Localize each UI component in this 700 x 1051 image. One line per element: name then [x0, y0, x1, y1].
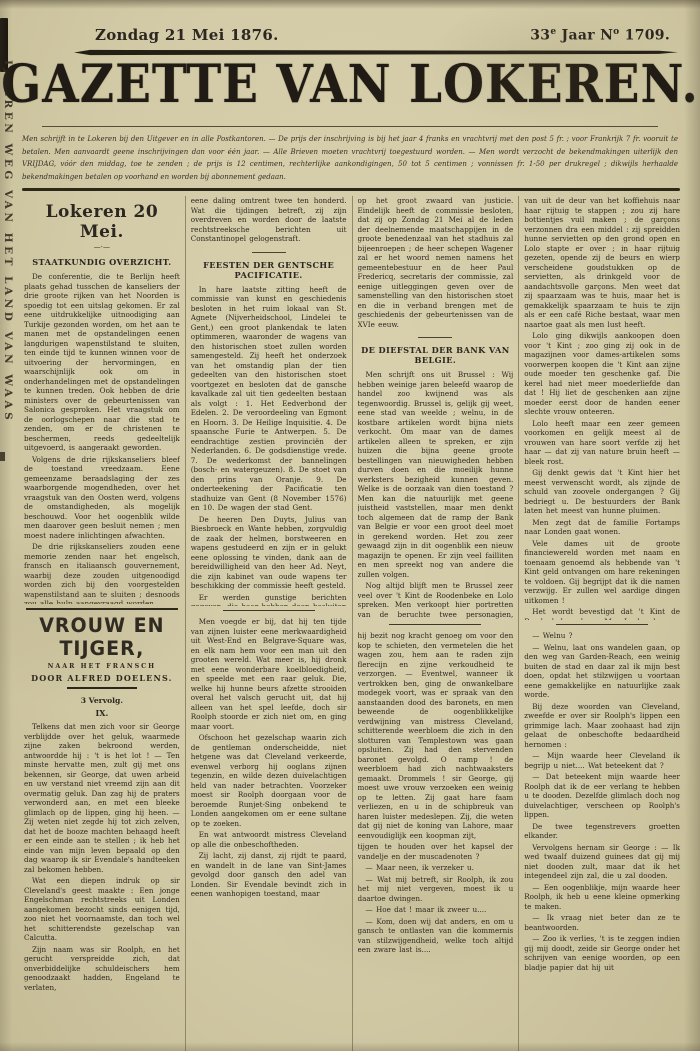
body-paragraph: van uit de deur van het koffiehuis naar …: [524, 196, 680, 329]
feuilleton-separator: [223, 610, 315, 611]
section-separator: [252, 252, 286, 253]
body-paragraph: Volgens de drie rijkskanseliers bleef de…: [24, 455, 180, 541]
issue-year: 33: [530, 28, 550, 44]
feuilleton-paragraph: — Ik vraag niet beter dan ze te beantwoo…: [524, 913, 680, 932]
feuilleton-paragraph: En wat antwoordt mistress Cleveland op a…: [191, 830, 347, 849]
body-paragraph: eene daling omtrent twee ten honderd. Wa…: [191, 196, 347, 244]
section-separator: [418, 337, 452, 338]
body-paragraph: Gij denkt gewis dat 't Kint hier het mee…: [524, 468, 680, 516]
body-paragraph: De drie rijkskanseliers zouden eene memo…: [24, 542, 180, 604]
feuilleton-paragraph: — Hoe dat ! maar ik zweer u....: [358, 905, 514, 915]
issue-end: 1709.: [619, 28, 670, 44]
feuilleton-paragraph: tijgen te houden over het kapsel der van…: [358, 842, 514, 861]
column-1: Lokeren 20 Mei. —·— STAATKUNDIG OVERZICH…: [24, 196, 185, 1051]
section-heading-gentsche-pacificatie: FEESTEN DER GENTSCHE PACIFICATIE.: [193, 260, 345, 280]
subscription-notice: Men schrijft in te Lokeren bij den Uitge…: [22, 133, 678, 183]
body-paragraph: Men zegt dat de familie Fortamps naar Lo…: [524, 518, 680, 537]
feuilleton-paragraph: Zijn naam was sir Roolph, en het gerucht…: [24, 945, 180, 993]
feuilleton-paragraph: — Dat beteekent mijn waarde heer Roolph …: [524, 772, 680, 820]
body-paragraph: Lolo ging dikwijls aankoopen doen voor '…: [524, 331, 680, 417]
feuilleton-paragraph: Telkens dat men zich voor sir George ver…: [24, 722, 180, 874]
feuilleton-paragraph: Ofschoon het gezelschap waarin zich de g…: [191, 733, 347, 828]
feuilleton-paragraph: De twee tegenstrevers groetten elkander.: [524, 822, 680, 841]
feuilleton-continuation: 3 Vervolg.: [24, 696, 180, 705]
column-2: eene daling omtrent twee ten honderd. Wa…: [185, 196, 352, 1051]
body-paragraph: Men schrijft ons uit Brussel : Wij hebbe…: [358, 370, 514, 579]
feuilleton-paragraph: Vervolgens hernam sir George : — Ik wed …: [524, 843, 680, 881]
section-heading-staatkundig-overzicht: STAATKUNDIG OVERZICHT.: [26, 257, 178, 267]
newspaper-page: IJZEREN WEG VAN HET LAND VAN WAAS Zondag…: [0, 0, 700, 1051]
column-3-news: op het groot zwaard van justicie. Eindel…: [358, 196, 514, 620]
scan-artifact-mark: [0, 452, 5, 461]
section-heading-diefstal-bank-belgie: DE DIEFSTAL DER BANK VAN BELGIE.: [360, 345, 512, 365]
body-paragraph: Het wordt bevestigd dat 't Kint de Roode…: [524, 607, 680, 620]
feuilleton-paragraph: — Welnu ?: [524, 631, 680, 641]
dateline: Lokeren 20 Mei.: [24, 202, 180, 242]
feuilleton-paragraph: — Maar neen, ik verzeker u.: [358, 863, 514, 873]
feuilleton-rule: [26, 608, 178, 610]
feuilleton-chapter: IX.: [24, 708, 180, 718]
issue-number: 33e Jaar No 1709.: [530, 27, 670, 44]
body-paragraph: De heeren Den Duyts, Julius van Biesbroe…: [191, 515, 347, 591]
body-paragraph: In hare laatste zitting heeft de commiss…: [191, 285, 347, 513]
page-header: Zondag 21 Mei 1876. 33e Jaar No 1709.: [0, 0, 700, 44]
feuilleton-column-2: Men voegde er bij, dat hij ten tijde van…: [191, 606, 347, 901]
feuilleton-paragraph: — Een oogenblikje, mijn waarde heer Rool…: [524, 883, 680, 912]
feuilleton-paragraph: — Mijn waarde heer Cleveland ik begrijp …: [524, 751, 680, 770]
feuilleton-author: DOOR ALFRED DOELENS.: [24, 673, 180, 683]
feuilleton-separator: [389, 624, 481, 625]
feuilleton-title: VROUW EN TIJGER,: [24, 614, 180, 660]
body-top-rule: [22, 188, 680, 191]
body-paragraph: Vele dames uit de groote financiewereld …: [524, 539, 680, 606]
masthead-title: GAZETTE VAN LOKEREN.: [0, 53, 700, 118]
feuilleton-paragraph: Wat een diepen indruk op sir Cleveland's…: [24, 876, 180, 943]
feuilleton-paragraph: Zij lacht, zij danst, zij rijdt te paard…: [191, 851, 347, 899]
body-paragraph: De conferentie, die te Berlijn heeft pla…: [24, 272, 180, 453]
column-2-news: eene daling omtrent twee ten honderd. Wa…: [191, 196, 347, 606]
feuilleton-paragraph: Bij deze woorden van Cleveland, zweefde …: [524, 702, 680, 750]
feuilleton-column-4: — Welnu ? — Welnu, laat ons wandelen gaa…: [524, 620, 680, 974]
edition-date: Zondag 21 Mei 1876.: [95, 26, 279, 44]
feuilleton-genre: NAAR HET FRANSCH: [24, 663, 180, 670]
feuilleton-paragraph: — Wat mij betreft, sir Roolph, ik zou he…: [358, 875, 514, 904]
ornament: —·—: [24, 243, 180, 251]
column-1-news: Lokeren 20 Mei. —·— STAATKUNDIG OVERZICH…: [24, 196, 180, 604]
feuilleton-paragraph: — Kom, doen wij dat anders, en om u gans…: [358, 917, 514, 955]
feuilleton-column-3: hij bezit nog kracht genoeg om voor den …: [358, 620, 514, 957]
body-paragraph: Er werden gunstige berichten gegeven, di…: [191, 593, 347, 607]
masthead-rule: [42, 126, 658, 127]
feuilleton-paragraph: hij bezit nog kracht genoeg om voor den …: [358, 631, 514, 840]
column-3: op het groot zwaard van justicie. Eindel…: [352, 196, 519, 1051]
body-paragraph: Nog altijd blijft men te Brussel zeer ve…: [358, 581, 514, 620]
feuilleton-title-rule: [67, 687, 137, 689]
feuilleton-paragraph: — Zoo ik verlies, 't is te zeggen indien…: [524, 934, 680, 972]
body-paragraph: Lolo heeft maar een zeer gemeen voorkome…: [524, 419, 680, 467]
feuilleton-separator: [556, 624, 648, 625]
column-4: van uit de deur van het koffiehuis naar …: [518, 196, 680, 1051]
feuilleton-paragraph: — Welnu, laat ons wandelen gaan, op den …: [524, 643, 680, 700]
column-grid: Lokeren 20 Mei. —·— STAATKUNDIG OVERZICH…: [24, 196, 680, 1051]
body-paragraph: op het groot zwaard van justicie. Eindel…: [358, 196, 514, 329]
issue-mid: Jaar N: [556, 28, 613, 44]
column-4-news: van uit de deur van het koffiehuis naar …: [524, 196, 680, 620]
feuilleton-paragraph: Men voegde er bij, dat hij ten tijde van…: [191, 617, 347, 731]
feuilleton-column-1: VROUW EN TIJGER, NAAR HET FRANSCH DOOR A…: [24, 604, 180, 994]
